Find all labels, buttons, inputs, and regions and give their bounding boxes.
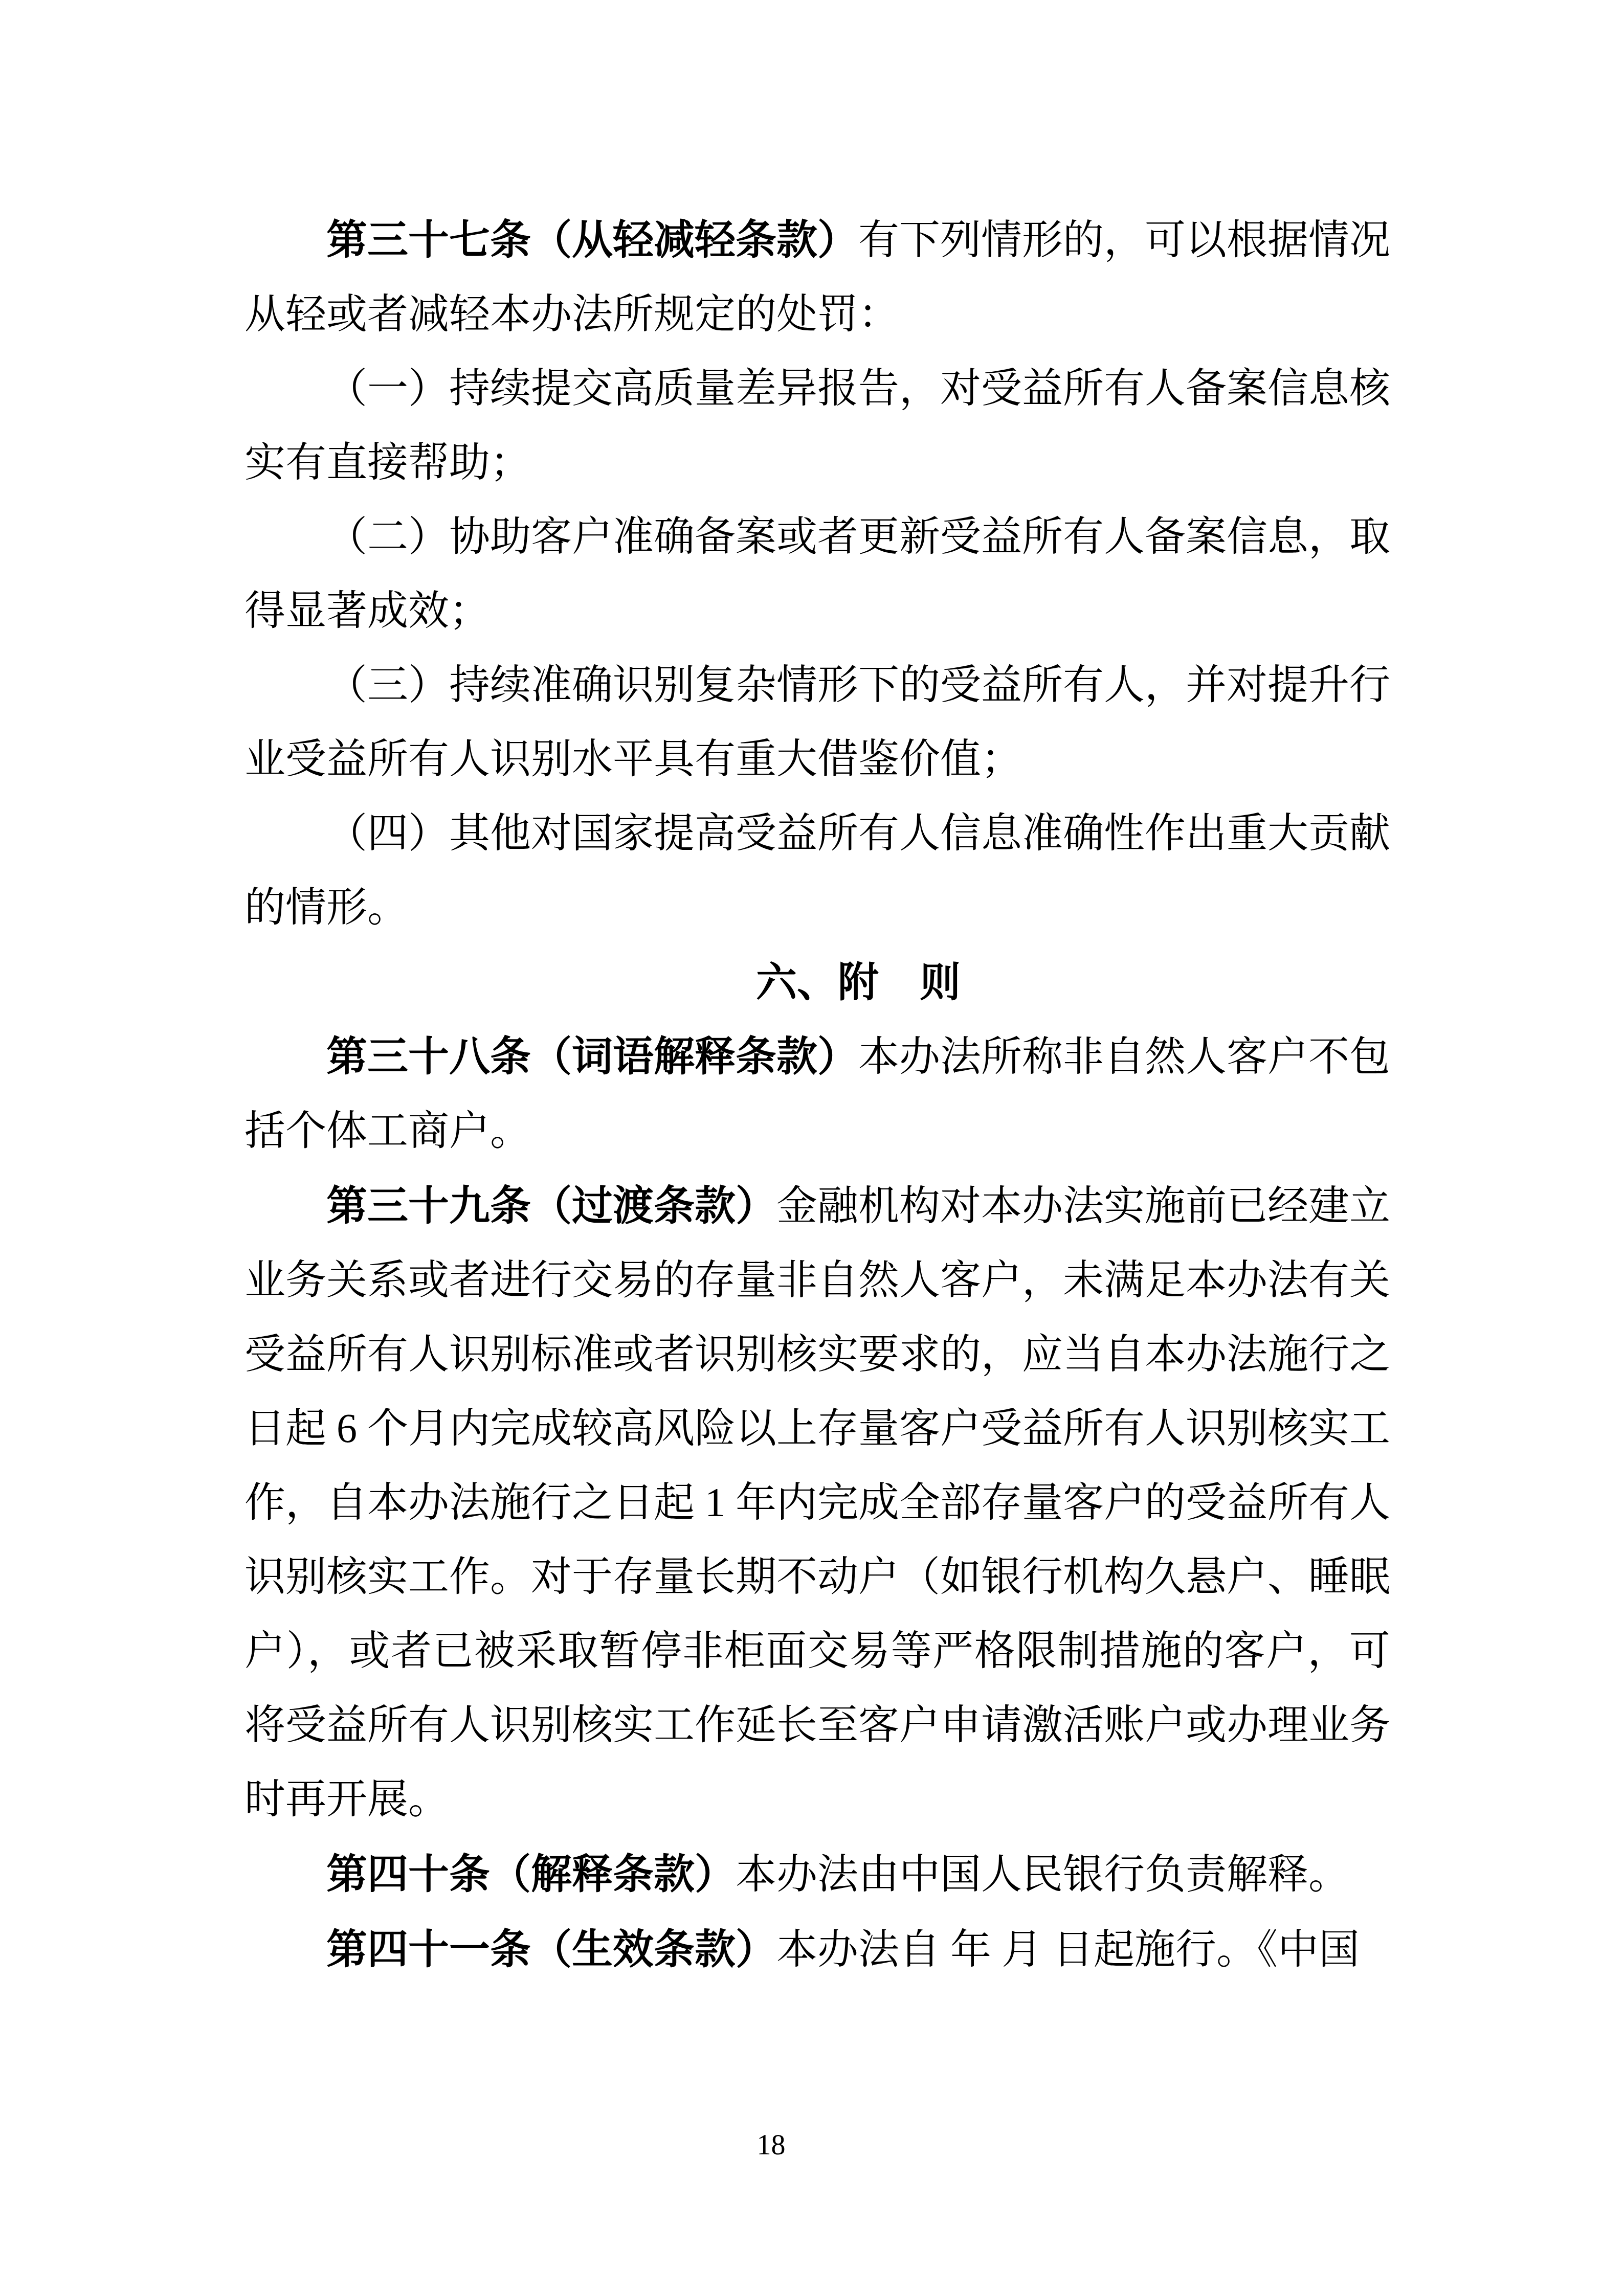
para-article-39: 第三十九条（过渡条款）金融机构对本办法实施前已经建立业务关系或者进行交易的存量非… <box>244 1168 1390 1837</box>
para-item-1: （一）持续提交高质量差异报告，对受益所有人备案信息核实有直接帮助； <box>244 352 1390 500</box>
para-article-37: 第三十七条（从轻减轻条款）有下列情形的，可以根据情况从轻或者减轻本办法所规定的处… <box>244 202 1390 352</box>
item-4-text: （四）其他对国家提高受益所有人信息准确性作出重大贡献的情形。 <box>244 811 1390 930</box>
article-39-text: 金融机构对本办法实施前已经建立业务关系或者进行交易的存量非自然人客户，未满足本办… <box>244 1184 1390 1822</box>
article-39-lead: 第三十九条（过渡条款） <box>326 1183 776 1228</box>
document-text-block: 第三十七条（从轻减轻条款）有下列情形的，可以根据情况从轻或者减轻本办法所规定的处… <box>244 202 1390 1987</box>
article-38-lead: 第三十八条（词语解释条款） <box>326 1033 858 1079</box>
para-article-40: 第四十条（解释条款）本办法由中国人民银行负责解释。 <box>244 1837 1390 1912</box>
article-37-lead: 第三十七条（从轻减轻条款） <box>326 217 858 262</box>
para-article-38: 第三十八条（词语解释条款）本办法所称非自然人客户不包括个体工商户。 <box>244 1019 1390 1168</box>
article-40-lead: 第四十条（解释条款） <box>326 1851 736 1897</box>
page-number: 18 <box>0 2130 1583 2160</box>
para-item-2: （二）协助客户准确备案或者更新受益所有人备案信息，取得显著成效； <box>244 500 1390 648</box>
section-heading-6: 六、附 则 <box>244 945 1390 1019</box>
article-41-lead: 第四十一条（生效条款） <box>326 1926 776 1972</box>
item-1-text: （一）持续提交高质量差异报告，对受益所有人备案信息核实有直接帮助； <box>244 366 1390 485</box>
article-40-text: 本办法由中国人民银行负责解释。 <box>736 1852 1349 1897</box>
para-article-41: 第四十一条（生效条款）本办法自 年 月 日起施行。《中国 <box>244 1912 1390 1987</box>
document-page: { "document": { "page_background": "#fff… <box>0 0 1624 2296</box>
para-item-4: （四）其他对国家提高受益所有人信息准确性作出重大贡献的情形。 <box>244 797 1390 945</box>
article-41-text: 本办法自 年 月 日起施行。《中国 <box>776 1927 1360 1972</box>
para-item-3: （三）持续准确识别复杂情形下的受益所有人，并对提升行业受益所有人识别水平具有重大… <box>244 648 1390 797</box>
item-3-text: （三）持续准确识别复杂情形下的受益所有人，并对提升行业受益所有人识别水平具有重大… <box>244 663 1390 782</box>
item-2-text: （二）协助客户准确备案或者更新受益所有人备案信息，取得显著成效； <box>244 514 1390 634</box>
